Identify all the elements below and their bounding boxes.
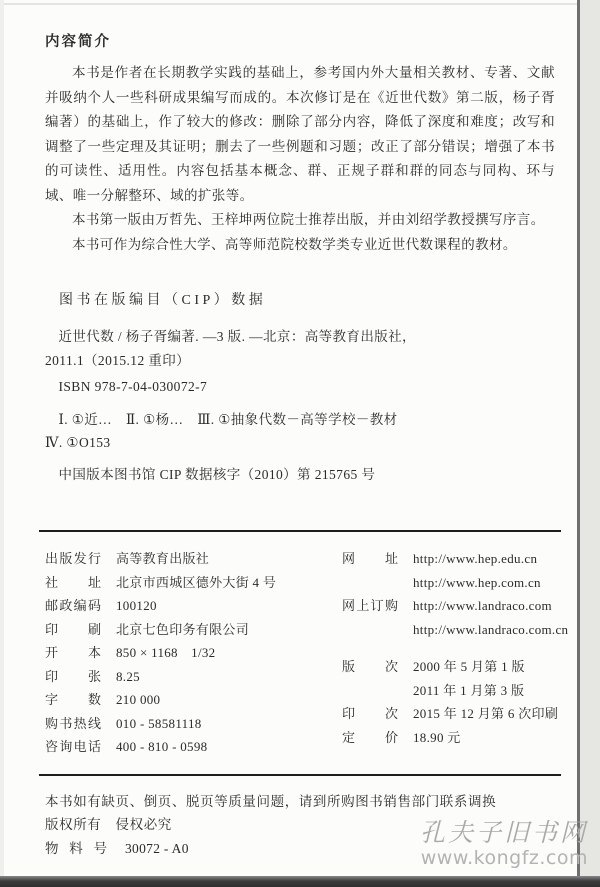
row-value: 北京市西城区德外大街 4 号 bbox=[116, 575, 276, 590]
row-label: 字数 bbox=[45, 688, 101, 712]
online-order-row-2: http://www.landraco.com.cn bbox=[342, 618, 568, 642]
row-label: 印张 bbox=[45, 665, 101, 689]
quality-notice: 本书如有缺页、倒页、脱页等质量问题，请到所购图书销售部门联系调换 bbox=[45, 790, 555, 814]
price-value: 18.90 元 bbox=[413, 730, 461, 745]
printing-row: 印次2015 年 12 月第 6 次印刷 bbox=[342, 702, 568, 726]
divider-bottom bbox=[39, 774, 561, 776]
row-label: 咨询电话 bbox=[45, 735, 101, 759]
cip-section: 图书在版编目（CIP）数据 近世代数 / 杨子胥编著. —3 版. —北京：高等… bbox=[45, 289, 555, 486]
row-label: 定价 bbox=[342, 726, 398, 750]
website-url: http://www.hep.com.cn bbox=[413, 575, 541, 590]
edition-row: 版次2000 年 5 月第 1 版 bbox=[342, 655, 568, 679]
postcode-row: 邮政编码100120 bbox=[45, 594, 342, 618]
printing-value: 2015 年 12 月第 6 次印刷 bbox=[413, 706, 558, 721]
scan-edge-right-line bbox=[577, 0, 580, 877]
cip-classification-2: Ⅳ. ①O153 bbox=[45, 431, 555, 455]
cip-isbn: ISBN 978-7-04-030072-7 bbox=[59, 375, 556, 399]
row-label: 购书热线 bbox=[45, 712, 101, 736]
online-order-row: 网上订购http://www.landraco.com bbox=[342, 594, 568, 618]
row-label: 印刷 bbox=[45, 618, 101, 642]
intro-paragraph: 本书第一版由万哲先、王梓坤两位院士推荐出版，并由刘绍学教授撰写序言。 bbox=[45, 208, 555, 233]
book-copyright-page: 内容简介 本书是作者在长期教学实践的基础上，参考国内外大量相关教材、专著、文献并… bbox=[0, 0, 600, 887]
row-label: 网上订购 bbox=[342, 594, 398, 618]
cip-title-line: 近世代数 / 杨子胥编著. —3 版. —北京：高等教育出版社， bbox=[59, 325, 556, 349]
colophon-table: 出版发行高等教育出版社 社址北京市西城区德外大街 4 号 邮政编码100120 … bbox=[45, 547, 555, 759]
row-label: 社址 bbox=[45, 571, 101, 595]
colophon-right-column: 网址http://www.hep.edu.cn http://www.hep.c… bbox=[342, 547, 568, 759]
cip-registry-number: 中国版本图书馆 CIP 数据核字（2010）第 215765 号 bbox=[59, 463, 556, 487]
row-label: 开本 bbox=[45, 641, 101, 665]
cip-date-line: 2011.1（2015.12 重印） bbox=[45, 349, 555, 373]
material-number-value: 30072 - A0 bbox=[125, 841, 189, 856]
order-url: http://www.landraco.com.cn bbox=[413, 622, 568, 637]
kongfz-watermark-url: www.kongfz.com bbox=[420, 848, 588, 870]
hotline-row: 购书热线010 - 58581118 bbox=[45, 712, 342, 736]
format-row: 开本850 × 1168 1/32 bbox=[45, 641, 342, 665]
row-label: 出版发行 bbox=[45, 547, 101, 571]
kongfz-watermark-name: 孔夫子旧书网 bbox=[420, 819, 588, 848]
divider-top bbox=[39, 530, 561, 532]
edition-value: 2000 年 5 月第 1 版 bbox=[413, 659, 525, 674]
intro-paragraph: 本书是作者在长期教学实践的基础上，参考国内外大量相关教材、专著、文献并吸纳个人一… bbox=[45, 61, 555, 208]
cip-classification: Ⅰ. ①近… Ⅱ. ①杨… Ⅲ. ①抽象代数－高等学校－教材 bbox=[59, 408, 556, 432]
content-summary-section: 内容简介 本书是作者在长期教学实践的基础上，参考国内外大量相关教材、专著、文献并… bbox=[45, 0, 555, 257]
scan-edge-bottom bbox=[0, 876, 600, 887]
material-number-label: 物 料 号 bbox=[45, 837, 107, 861]
row-value: 100120 bbox=[116, 598, 157, 613]
website-row: 网址http://www.hep.edu.cn bbox=[342, 547, 568, 571]
printer-row: 印刷北京七色印务有限公司 bbox=[45, 618, 342, 642]
cip-heading: 图书在版编目（CIP）数据 bbox=[59, 289, 555, 309]
address-row: 社址北京市西城区德外大街 4 号 bbox=[45, 571, 342, 595]
row-value: 850 × 1168 1/32 bbox=[116, 645, 215, 660]
row-label: 版次 bbox=[342, 655, 398, 679]
scan-edge-left bbox=[0, 0, 4, 887]
wordcount-row: 字数210 000 bbox=[45, 688, 342, 712]
row-label: 邮政编码 bbox=[45, 594, 101, 618]
order-url: http://www.landraco.com bbox=[413, 598, 552, 613]
kongfz-watermark: 孔夫子旧书网 www.kongfz.com bbox=[420, 819, 588, 870]
edition-value: 2011 年 1 月第 3 版 bbox=[413, 683, 524, 698]
row-value: 010 - 58581118 bbox=[116, 716, 202, 731]
row-value: 高等教育出版社 bbox=[116, 551, 209, 566]
publisher-row: 出版发行高等教育出版社 bbox=[45, 547, 342, 571]
row-value: 400 - 810 - 0598 bbox=[116, 739, 207, 754]
row-value: 北京七色印务有限公司 bbox=[116, 622, 249, 637]
phone-row: 咨询电话400 - 810 - 0598 bbox=[45, 735, 342, 759]
scan-edge-right-strip bbox=[580, 0, 600, 877]
row-value: 210 000 bbox=[116, 692, 160, 707]
price-row: 定价18.90 元 bbox=[342, 726, 568, 750]
row-value: 8.25 bbox=[116, 669, 140, 684]
intro-paragraph: 本书可作为综合性大学、高等师范院校数学类专业近世代数课程的教材。 bbox=[45, 233, 555, 258]
intro-heading: 内容简介 bbox=[45, 30, 555, 51]
row-label: 印次 bbox=[342, 702, 398, 726]
scan-edge-top bbox=[0, 3, 600, 5]
row-label: 网址 bbox=[342, 547, 398, 571]
edition-row-2: 2011 年 1 月第 3 版 bbox=[342, 679, 568, 703]
website-url: http://www.hep.edu.cn bbox=[413, 551, 537, 566]
page-content: 内容简介 本书是作者在长期教学实践的基础上，参考国内外大量相关教材、专著、文献并… bbox=[45, 0, 555, 860]
sheets-row: 印张8.25 bbox=[45, 665, 342, 689]
colophon-left-column: 出版发行高等教育出版社 社址北京市西城区德外大街 4 号 邮政编码100120 … bbox=[45, 547, 342, 759]
website-row-2: http://www.hep.com.cn bbox=[342, 571, 568, 595]
